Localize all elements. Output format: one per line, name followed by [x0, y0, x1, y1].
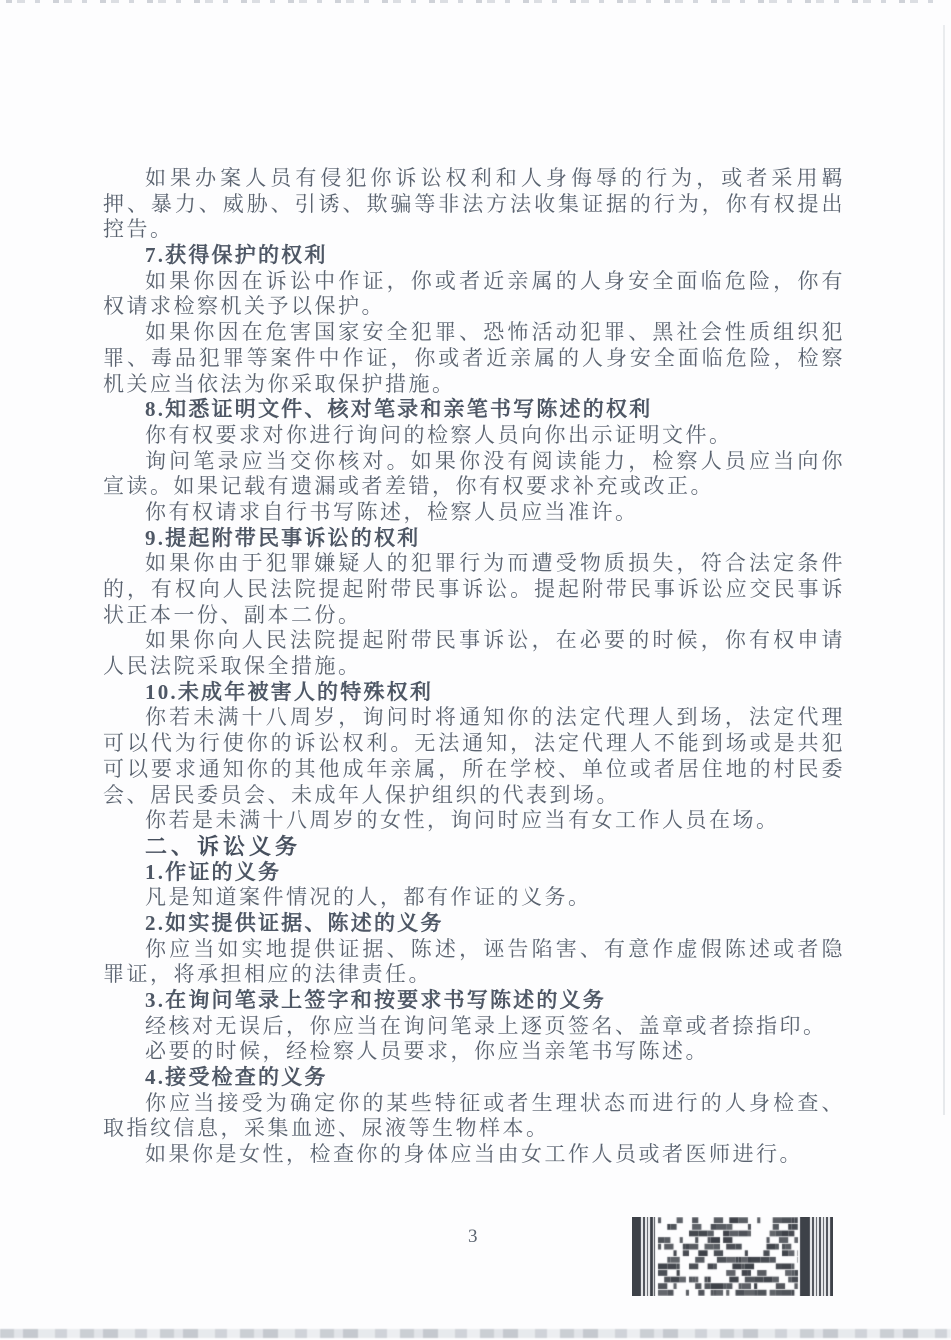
text-line: 你应当如实地提供证据、陈述，诬告陷害、有意作虚假陈述或者隐匿 [103, 937, 845, 963]
text-line: 权请求检察机关予以保护。 [103, 294, 845, 320]
text-line: 你应当接受为确定你的某些特征或者生理状态而进行的人身检查、提 [103, 1091, 845, 1117]
text-line: 4.接受检查的义务 [103, 1065, 845, 1091]
scan-edge-bottom [0, 1329, 951, 1338]
text-line: 如果你是女性，检查你的身体应当由女工作人员或者医师进行。 [103, 1142, 845, 1168]
text-line: 控告。 [103, 217, 845, 243]
text-line: 1.作证的义务 [103, 860, 845, 886]
text-line: 的，有权向人民法院提起附带民事诉讼。提起附带民事诉讼应交民事诉 [103, 577, 845, 603]
text-line: 如果你向人民法院提起附带民事诉讼，在必要的时候，你有权申请 [103, 628, 845, 654]
text-line: 宣读。如果记载有遗漏或者差错，你有权要求补充或改正。 [103, 474, 845, 500]
text-line: 经核对无误后，你应当在询问笔录上逐页签名、盖章或者捺指印。 [103, 1014, 845, 1040]
scan-edge-top [6, 0, 945, 3]
text-line: 如果你因在危害国家安全犯罪、恐怖活动犯罪、黑社会性质组织犯 [103, 320, 845, 346]
body-text: 如果办案人员有侵犯你诉讼权利和人身侮辱的行为，或者采用羁押、暴力、威胁、引诱、欺… [103, 166, 845, 1168]
text-line: 9.提起附带民事诉讼的权利 [103, 526, 845, 552]
text-line: 会、居民委员会、未成年人保护组织的代表到场。 [103, 783, 845, 809]
barcode-container [632, 1217, 833, 1296]
text-line: 如果办案人员有侵犯你诉讼权利和人身侮辱的行为，或者采用羁 [103, 166, 845, 192]
text-line: 如果你由于犯罪嫌疑人的犯罪行为而遭受物质损失，符合法定条件 [103, 551, 845, 577]
text-line: 你若是未满十八周岁的女性，询问时应当有女工作人员在场。 [103, 808, 845, 834]
text-line: 取指纹信息，采集血迹、尿液等生物样本。 [103, 1116, 845, 1142]
text-line: 3.在询问笔录上签字和按要求书写陈述的义务 [103, 988, 845, 1014]
text-line: 罪证，将承担相应的法律责任。 [103, 962, 845, 988]
text-line: 你若未满十八周岁，询问时将通知你的法定代理人到场，法定代理人 [103, 705, 845, 731]
page-number: 3 [468, 1226, 478, 1248]
text-line: 凡是知道案件情况的人，都有作证的义务。 [103, 885, 845, 911]
text-line: 押、暴力、威胁、引诱、欺骗等非法方法收集证据的行为，你有权提出 [103, 192, 845, 218]
text-line: 7.获得保护的权利 [103, 243, 845, 269]
pdf417-barcode [632, 1217, 833, 1296]
text-line: 10.未成年被害人的特殊权利 [103, 680, 845, 706]
text-line: 你有权要求对你进行询问的检察人员向你出示证明文件。 [103, 423, 845, 449]
text-line: 人民法院采取保全措施。 [103, 654, 845, 680]
text-line: 状正本一份、副本二份。 [103, 603, 845, 629]
text-line: 可以要求通知你的其他成年亲属，所在学校、单位或者居住地的村民委员 [103, 757, 845, 783]
text-line: 罪、毒品犯罪等案件中作证，你或者近亲属的人身安全面临危险，检察 [103, 346, 845, 372]
text-line: 二、诉讼义务 [103, 834, 845, 860]
text-line: 机关应当依法为你采取保护措施。 [103, 372, 845, 398]
text-line: 可以代为行使你的诉讼权利。无法通知，法定代理人不能到场或是共犯的， [103, 731, 845, 757]
text-line: 必要的时候，经检察人员要求，你应当亲笔书写陈述。 [103, 1039, 845, 1065]
text-line: 8.知悉证明文件、核对笔录和亲笔书写陈述的权利 [103, 397, 845, 423]
scan-edge-right [943, 25, 945, 1115]
text-line: 2.如实提供证据、陈述的义务 [103, 911, 845, 937]
text-line: 你有权请求自行书写陈述，检察人员应当准许。 [103, 500, 845, 526]
text-line: 询问笔录应当交你核对。如果你没有阅读能力，检察人员应当向你 [103, 449, 845, 475]
text-line: 如果你因在诉讼中作证，你或者近亲属的人身安全面临危险，你有 [103, 269, 845, 295]
document-page: 如果办案人员有侵犯你诉讼权利和人身侮辱的行为，或者采用羁押、暴力、威胁、引诱、欺… [0, 0, 951, 1340]
